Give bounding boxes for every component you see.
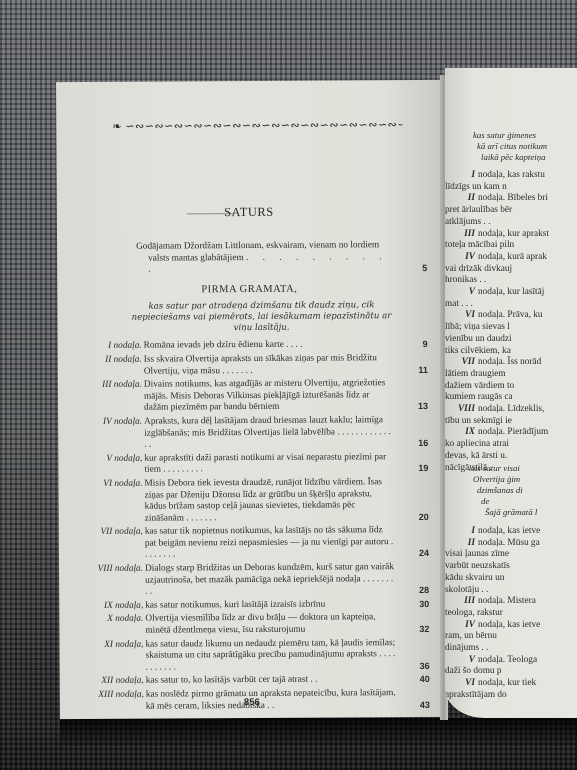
chapter-title: Olvertija viesmīlība līdz ar divu brāļu … (145, 613, 395, 638)
toc-entry-partial: skolotāju . . (445, 585, 540, 597)
toc-entry-partial: IVnodaļa, kas ietve (445, 620, 540, 632)
page-number: 36 (420, 661, 430, 673)
toc-entry-partial: IIInodaļa, kur aprakst (445, 229, 549, 241)
toc-entry-partial: lībā; viņa sievas l (445, 322, 549, 334)
chapter-label: XI nodaļa, (59, 639, 143, 651)
chapter-title-fragment: lātiem draugiem (445, 369, 506, 379)
toc-entry-partial: kādu skvairu un (445, 573, 540, 585)
chapter-title-fragment: nodaļa, kas ietve (478, 620, 540, 630)
book-shadow (60, 718, 577, 748)
chapter-title-fragment: nodaļa, kas ietve (478, 526, 540, 536)
toc-entry: II nodaļa.Iss skvaira Olvertija apraksts… (58, 353, 442, 379)
chapter-roman-numeral: V (445, 287, 478, 299)
chapter-title-fragment: aprakstītājam do (445, 690, 507, 700)
toc-entry: IV nodaļa.Apraksts, kura dēļ lasītājam d… (58, 415, 442, 452)
toc-entry-partial: IVnodaļa, kurā aprak (445, 252, 549, 264)
toc-entry: V nodaļa,kur aprakstīti daži parasti not… (58, 452, 442, 478)
subtitle-line: kas satur visai (469, 463, 537, 474)
right-page: kas satur ģimeneskā arī citus notikumlai… (445, 68, 577, 718)
chapter-title-fragment: atklājums . . (445, 217, 490, 227)
chapter-roman-numeral: I (445, 170, 478, 182)
page-number: 5 (422, 263, 427, 275)
page-number: 40 (420, 674, 430, 686)
toc-entry-partial: tību un sekmīgi ie (445, 416, 549, 428)
book-heading: PIRMA GRAMATA, (57, 283, 441, 297)
chapter-roman-numeral: IV (445, 620, 478, 632)
chapter-title-fragment: nodaļa, kur lasītāj (478, 287, 544, 297)
toc-entry-partial: Inodaļa, kas ietve (445, 526, 540, 538)
chapter-title-fragment: nodaļa, kas rakstu (478, 170, 545, 180)
subtitle-line: laikā pēc kapteiņa (473, 152, 547, 163)
chapter-title: Dialogs starp Bridžitas un Deboras kundz… (145, 562, 395, 598)
toc-entry-partial: hronikas . . (445, 275, 549, 287)
toc-entry-partial: varbūt neuzskatīs (445, 561, 540, 573)
toc-entry-partial: dažiem vārdiem to (445, 381, 549, 393)
chapter-title-fragment: daži šo domu p (445, 666, 502, 676)
subtitle-line: Olvertija ģim (469, 474, 537, 485)
chapter-title: Divains notikums, kas atgadījās ar miste… (144, 378, 394, 414)
chapter-title-fragment: kādu skvairu un (445, 573, 504, 583)
chapter-title-fragment: tību un sekmīgi ie (445, 416, 512, 426)
chapter-roman-numeral: II (445, 538, 478, 550)
chapter-list-right-2: Inodaļa, kas ietveIInodaļa. Mūsu gavisai… (445, 526, 540, 702)
toc-entry-partial: IXnodaļa. Pierādījum (445, 427, 549, 439)
chapter-title: kas satur notikumus, kuri lasītājā izrai… (145, 599, 395, 612)
chapter-title-fragment: toteļa mācībai piln (445, 240, 514, 250)
toc-entry-partial: aprakstītājam do (445, 690, 540, 702)
chapter-roman-numeral: VI (445, 310, 478, 322)
toc-entry: XII nodaļa,kas satur to, ko lasītājs var… (60, 674, 444, 688)
page-number: 32 (419, 624, 429, 636)
chapter-title-fragment: nodaļa. Prāva, ku (478, 310, 543, 320)
chapter-title-fragment: nodaļa. Līdzeklis, (478, 404, 544, 414)
chapter-title-fragment: varbūt neuzskatīs (445, 561, 510, 571)
chapter-title-fragment: nodaļa. Mūsu ga (478, 538, 540, 548)
toc-entry-partial: mat . . . (445, 299, 549, 311)
chapter-title-fragment: nodaļa, kur aprakst (478, 229, 549, 239)
toc-entry: III nodaļa.Divains notikums, kas atgadīj… (58, 378, 442, 415)
chapter-title-fragment: kumiem raugās ca (445, 392, 513, 402)
toc-entry-partial: ram, un bērnu (445, 631, 540, 643)
left-page: ❧ ∽∾∽∾∽∾∽∾∽∾∽∾∽∾∽∾∽∾∽∾∽∾∽∾∽∾∽∾∽∾∽∾∽∾∽∾∽∾… (56, 80, 444, 719)
toc-entry-partial: dinājums . . (445, 643, 540, 655)
chapter-roman-numeral: IV (445, 252, 478, 264)
toc-entry: XI nodaļa,kas satur daudz likumu un neda… (59, 637, 443, 674)
toc-dedication: Godājamam Džordžam Littlonam, eskvairam,… (136, 240, 393, 276)
page-number: 9 (423, 339, 428, 351)
chapter-title-fragment: teologa, rakstur (445, 608, 503, 618)
toc-entry-partial: toteļa mācībai piln (445, 240, 549, 252)
chapter-roman-numeral: IX (445, 427, 478, 439)
page-number: 19 (418, 463, 428, 475)
chapter-roman-numeral: VII (445, 357, 478, 369)
toc-entry-partial: vai drīzāk divkauj (445, 264, 549, 276)
chapter-title-fragment: nodaļa. Mistera (478, 596, 536, 606)
chapter-roman-numeral: VIII (445, 404, 478, 416)
chapter-title-fragment: skolotāju . . (445, 585, 488, 595)
toc-entry-partial: teologa, rakstur (445, 608, 540, 620)
chapter-title: Apraksts, kura dēļ lasītājam draud bries… (144, 415, 394, 451)
book-subtitle: kas satur par atradeņa dzimšanu tik daud… (129, 300, 393, 335)
page-number: 13 (418, 401, 428, 413)
chapter-title-fragment: nodaļa. Teologa (478, 655, 537, 665)
subtitle-line: Šajā grāmatā l (469, 507, 537, 518)
chapter-label: II nodaļa. (58, 355, 142, 367)
toc-entry-partial: IInodaļa. Mūsu ga (445, 538, 540, 550)
toc-entry: VI nodaļa.Misis Debora tiek ievesta drau… (58, 477, 442, 526)
toc-entry: X nodaļa.Olvertija viesmīlība līdz ar di… (59, 612, 443, 638)
chapter-roman-numeral: II (445, 193, 478, 205)
chapter-title-fragment: mat . . . (445, 299, 473, 309)
chapter-label: III nodaļa. (58, 380, 142, 392)
toc-entry-partial: VIInodaļa. Īss norād (445, 357, 549, 369)
chapter-title: kas satur tik nopietnus notikumus, ka la… (145, 525, 395, 561)
page-number: 11 (418, 364, 428, 376)
book-subtitle-right: kas satur ģimeneskā arī citus notikumlai… (473, 130, 547, 163)
chapter-title-fragment: devas, kā ārsti u. (445, 451, 507, 461)
page-number: 24 (419, 548, 429, 560)
chapter-roman-numeral: I (445, 526, 478, 538)
chapter-title: kas satur to, ko lasītājs varbūt cer taj… (146, 675, 396, 688)
chapter-title: kur aprakstīti daži parasti notikumi ar … (144, 452, 394, 477)
page-folio-number: 856 (60, 696, 444, 709)
toc-entry-partial: ko apliecina atrai (445, 439, 549, 451)
toc-entry-partial: vienību un daudzi (445, 334, 549, 346)
toc-entry-partial: tiks cilvēkiem, ka (445, 346, 549, 358)
book-subtitle-right-2: kas satur visaiOlvertija ģimdzimšanas di… (469, 463, 537, 518)
chapter-title-fragment: nodaļa. Īss norād (478, 357, 541, 367)
chapter-title-fragment: tiks cilvēkiem, ka (445, 346, 511, 356)
chapter-label: VII nodaļa, (59, 527, 143, 539)
toc-entry: IX nodaļa,kas satur notikumus, kuri lasī… (59, 599, 443, 613)
chapter-list-right: Inodaļa, kas rakstulīdzīgs un kam nIInod… (445, 170, 549, 474)
toc-entry-partial: kumiem raugās ca (445, 392, 549, 404)
toc-entry-partial: Vnodaļa. Teologa (445, 655, 540, 667)
chapter-title-fragment: vienību un daudzi (445, 334, 512, 344)
toc-entry-partial: IInodaļa. Bībeles bri (445, 193, 549, 205)
chapter-list: I nodaļa.Romāna ievads jeb dzīru ēdienu … (58, 339, 444, 713)
chapter-label: IV nodaļa. (58, 417, 142, 429)
chapter-label: VI nodaļa. (58, 479, 142, 491)
page-number: 20 (419, 512, 429, 524)
chapter-title: Misis Debora tiek ievesta draudzē, runāj… (144, 477, 394, 525)
chapter-label: V nodaļa, (58, 453, 142, 465)
page-number: 28 (419, 585, 429, 597)
subtitle-line: kas satur ģimenes (473, 130, 547, 141)
toc-entry: VII nodaļa,kas satur tik nopietnus notik… (59, 525, 443, 562)
dedication-line-2: valsts mantas glabātājiem (148, 253, 244, 264)
toc-entry-partial: IIInodaļa. Mistera (445, 596, 540, 608)
chapter-title-fragment: nodaļa, kur tiek (478, 678, 536, 688)
chapter-title-fragment: vai drīzāk divkauj (445, 264, 512, 274)
chapter-title: kas satur daudz likumu un nedaudz piemēr… (145, 638, 395, 674)
chapter-title-fragment: nodaļa. Bībeles bri (478, 193, 548, 203)
ornamental-border: ❧ ∽∾∽∾∽∾∽∾∽∾∽∾∽∾∽∾∽∾∽∾∽∾∽∾∽∾∽∾∽∾∽∾∽∾∽∾∽∾… (112, 118, 402, 132)
chapter-label: I nodaļa. (58, 341, 142, 353)
chapter-title-fragment: nodaļa, kurā aprak (478, 252, 547, 262)
chapter-title-fragment: dinājums . . (445, 643, 488, 653)
chapter-label: VIII nodaļa. (59, 564, 143, 576)
toc-entry-partial: lātiem draugiem (445, 369, 549, 381)
page-title: SATURS (57, 204, 441, 221)
dedication-line-2-wrap: valsts mantas glabātājiem . . . . . . . … (136, 252, 393, 277)
chapter-roman-numeral: III (445, 596, 478, 608)
toc-entry-partial: VIIInodaļa. Līdzeklis, (445, 404, 549, 416)
subtitle-line: dzimšanas di (469, 485, 537, 496)
subtitle-line: kā arī citus notikum (473, 141, 547, 152)
toc-entry-partial: pret ārlaulības bēr (445, 205, 549, 217)
table-of-contents: Godājamam Džordžam Littlonam, eskvairam,… (57, 240, 444, 716)
chapter-title-fragment: pret ārlaulības bēr (445, 205, 512, 215)
toc-entry-partial: Vnodaļa, kur lasītāj (445, 287, 549, 299)
subtitle-line: de (469, 496, 537, 507)
chapter-label: IX nodaļa, (59, 600, 143, 612)
chapter-title-fragment: hronikas . . (445, 275, 486, 285)
chapter-title-fragment: līdzīgs un kam n (445, 182, 507, 192)
toc-entry-partial: VInodaļa. Prāva, ku (445, 310, 549, 322)
chapter-title-fragment: lībā; viņa sievas l (445, 322, 510, 332)
chapter-roman-numeral: VI (445, 678, 478, 690)
chapter-label: XII nodaļa, (60, 676, 144, 688)
toc-entry-partial: Inodaļa, kas rakstu (445, 170, 549, 182)
chapter-title-fragment: dažiem vārdiem to (445, 381, 514, 391)
page-number: 30 (419, 599, 429, 611)
chapter-title-fragment: visai ļaunas zīme (445, 549, 509, 559)
chapter-label: X nodaļa. (59, 614, 143, 626)
chapter-title: Romāna ievads jeb dzīru ēdienu karte . .… (144, 339, 394, 352)
toc-entry-partial: daži šo domu p (445, 666, 540, 678)
toc-entry-partial: devas, kā ārsti u. (445, 451, 549, 463)
toc-entry-partial: VInodaļa, kur tiek (445, 678, 540, 690)
toc-entry-partial: visai ļaunas zīme (445, 549, 540, 561)
toc-entry-partial: līdzīgs un kam n (445, 182, 549, 194)
toc-entry: I nodaļa.Romāna ievads jeb dzīru ēdienu … (58, 339, 442, 353)
chapter-title-fragment: ram, un bērnu (445, 631, 497, 641)
chapter-title: Iss skvaira Olvertija apraksts un sīkāka… (144, 353, 394, 378)
chapter-roman-numeral: III (445, 229, 478, 241)
chapter-title-fragment: nodaļa. Pierādījum (478, 427, 548, 437)
chapter-roman-numeral: V (445, 655, 478, 667)
chapter-title-fragment: ko apliecina atrai (445, 439, 509, 449)
page-number: 16 (418, 438, 428, 450)
toc-entry-partial: atklājums . . (445, 217, 549, 229)
toc-entry: VIII nodaļa.Dialogs starp Bridžitas un D… (59, 562, 443, 599)
